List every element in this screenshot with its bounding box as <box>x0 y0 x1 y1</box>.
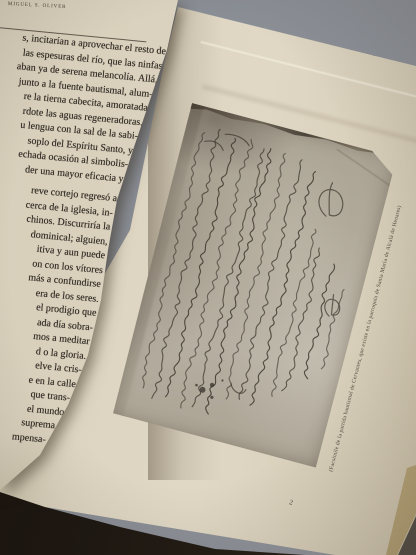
left-page: MIGUEL S. OLIVER s, incitarían a aprovec… <box>0 0 416 555</box>
left-page-wrap: MIGUEL S. OLIVER s, incitarían a aprovec… <box>0 0 416 555</box>
book-photograph: (Facsímile de la partida bautismal de Ce… <box>0 0 416 555</box>
body-text-block: s, incitarían a aprovechar el resto de l… <box>0 6 177 456</box>
